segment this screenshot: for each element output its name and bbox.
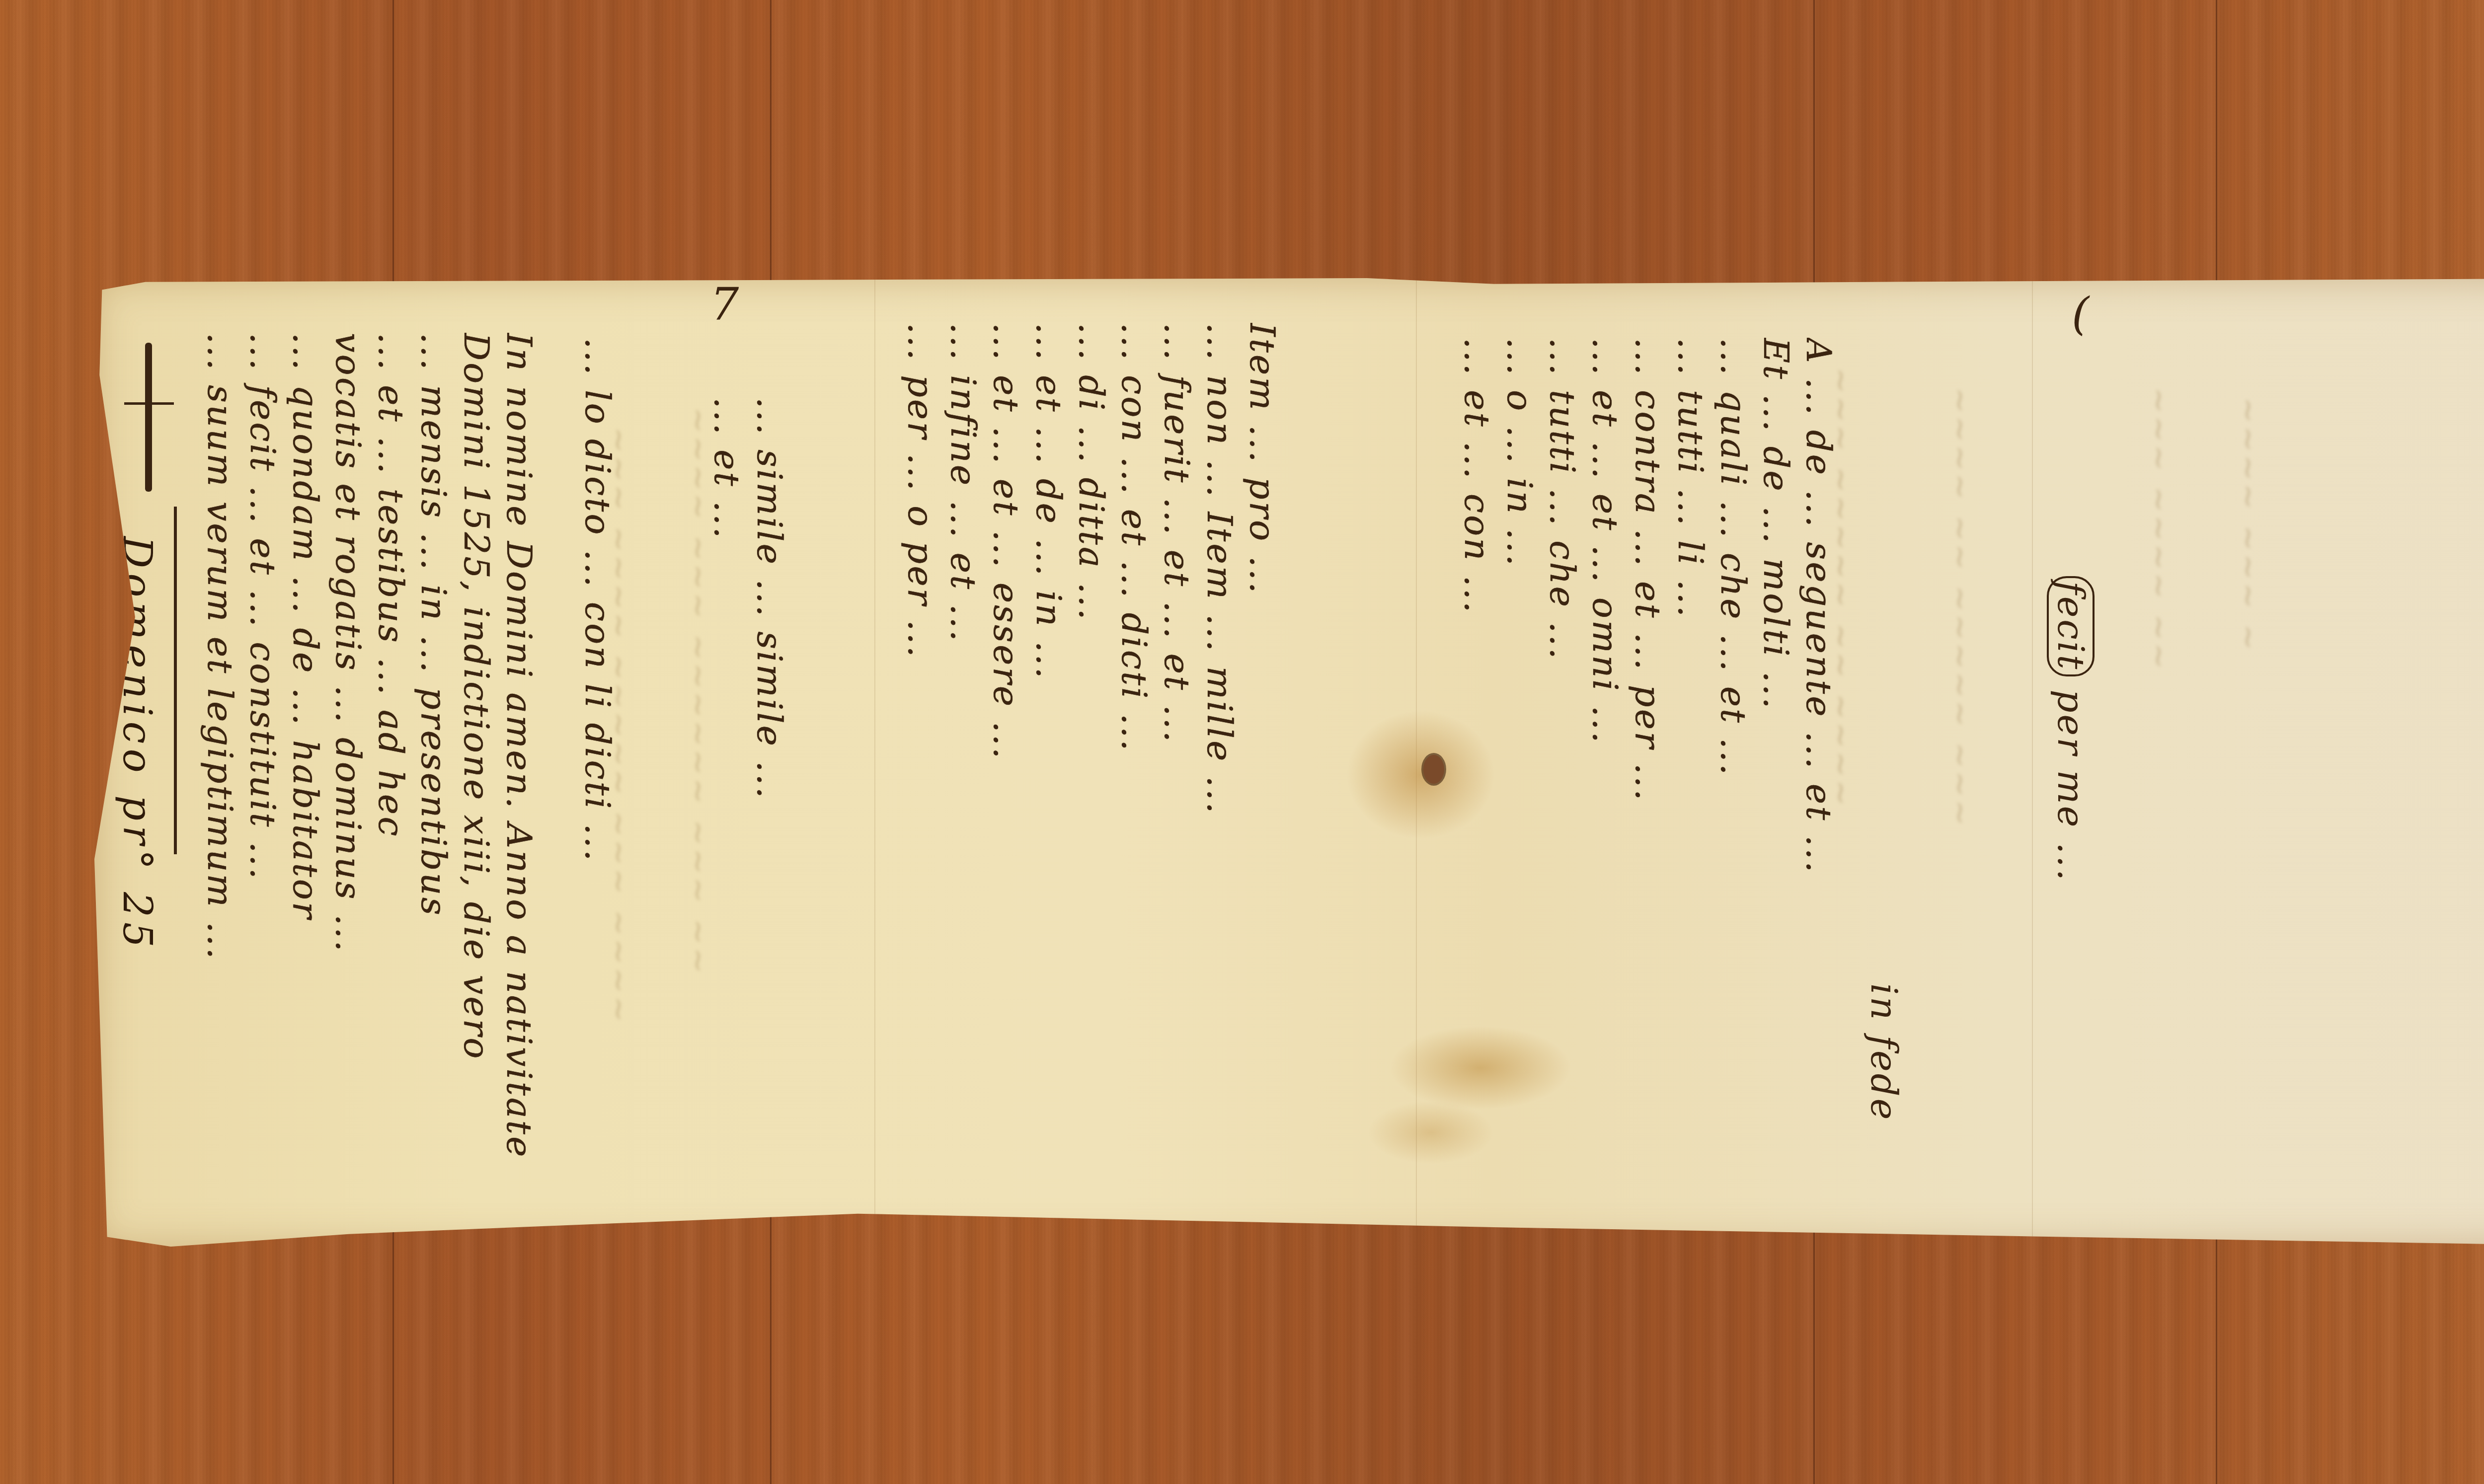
text-line: ... et ... et ... omni ... bbox=[1584, 338, 1627, 1157]
fold-line bbox=[874, 278, 875, 1247]
signature: fecit per me ... bbox=[2047, 576, 2095, 883]
text-line: ... mensis ... in ... presentibus bbox=[412, 333, 455, 1177]
text-line: ... per ... o per ... bbox=[899, 323, 942, 1127]
marginal-heading: in fede bbox=[1863, 983, 1905, 1121]
text-line: ... quali ... che ... et ... bbox=[1712, 338, 1755, 1157]
text-line: ... et ... de ... in ... bbox=[1027, 323, 1070, 1127]
text-line: ... quondam ... de ... habitator bbox=[284, 333, 327, 1177]
corner-mark: ( bbox=[2072, 288, 2089, 340]
text-line: In nomine Domini amen. Anno a nativitate bbox=[498, 333, 541, 1177]
text-line: ... suum verum et legiptimum ... bbox=[199, 333, 241, 1177]
bleed-through-text: ~~~ ~~~~ ~~ bbox=[2141, 387, 2177, 672]
text-block-section-1: In nomine Domini amen. Anno a nativitate… bbox=[199, 333, 541, 1177]
text-line: ... tutti ... li ... bbox=[1669, 338, 1712, 1157]
corner-mark: 7 bbox=[710, 278, 739, 330]
text-line: ... lo dicto ... con li dicti ... bbox=[576, 338, 619, 1083]
text-line: Et ... de ... molti ... bbox=[1755, 338, 1797, 1157]
bleed-through-text: ~~~~ ~~~ ~ bbox=[2231, 397, 2267, 653]
text-line: ... et ... testibus ... ad hec bbox=[370, 333, 412, 1177]
text-block-section-1b: ... lo dicto ... con li dicti ... bbox=[576, 338, 619, 1083]
text-block-section-1-closing: ... simile ... simile ... ... et ... bbox=[705, 397, 791, 1043]
text-block-section-2: Item ... pro ... ... non ... Item ... mi… bbox=[899, 323, 1284, 1127]
text-line: ... con ... et ... dicti ... bbox=[1113, 323, 1156, 1127]
text-line: ... tutti ... che ... bbox=[1541, 338, 1584, 1157]
text-line: ... et ... con ... bbox=[1456, 338, 1498, 1157]
text-line: ... infine ... et ... bbox=[942, 323, 985, 1127]
text-line: vocatis et rogatis ... dominus ... bbox=[327, 333, 370, 1177]
burn-hole bbox=[1423, 755, 1444, 784]
text-line: A ... de ... seguente ... et ... bbox=[1797, 338, 1840, 1157]
text-line: ... fecit ... et ... constituit ... bbox=[241, 333, 284, 1177]
cross-mark-icon bbox=[124, 343, 174, 492]
text-line: ... simile ... simile ... bbox=[748, 397, 791, 1043]
text-line: Domini 1525, indictione xiii, die vero bbox=[455, 333, 498, 1177]
text-line: Item ... pro ... bbox=[1241, 323, 1284, 1127]
text-line: ... o ... in ... bbox=[1498, 338, 1541, 1157]
text-line: ... contra ... et ... per ... bbox=[1627, 338, 1669, 1157]
text-line: ... fuerit ... et ... et ... bbox=[1156, 323, 1198, 1127]
fold-line bbox=[2032, 278, 2033, 1247]
text-line: ... et ... et ... essere ... bbox=[985, 323, 1027, 1127]
signature-text: per me ... bbox=[2050, 689, 2092, 882]
text-line: ... et ... bbox=[705, 397, 748, 1043]
manuscript-sheet: ~~~ ~~~~ ~~~~~ ~~~ ~~~~ ~~~~ ~~~ ~~~~~~ … bbox=[94, 278, 2484, 1247]
bleed-through-text: ~~~~ ~~ ~~~~~ ~~~ bbox=[1942, 387, 1979, 828]
document-heading: Domenico pr° 25 bbox=[114, 536, 160, 1043]
signature-mark: fecit bbox=[2047, 576, 2095, 676]
text-line: ... di ... ditta ... bbox=[1070, 323, 1113, 1127]
text-block-section-3: A ... de ... seguente ... et ... Et ... … bbox=[1456, 338, 1840, 1157]
text-line: ... non ... Item ... mille ... bbox=[1198, 323, 1241, 1127]
heading-rule bbox=[174, 507, 177, 854]
